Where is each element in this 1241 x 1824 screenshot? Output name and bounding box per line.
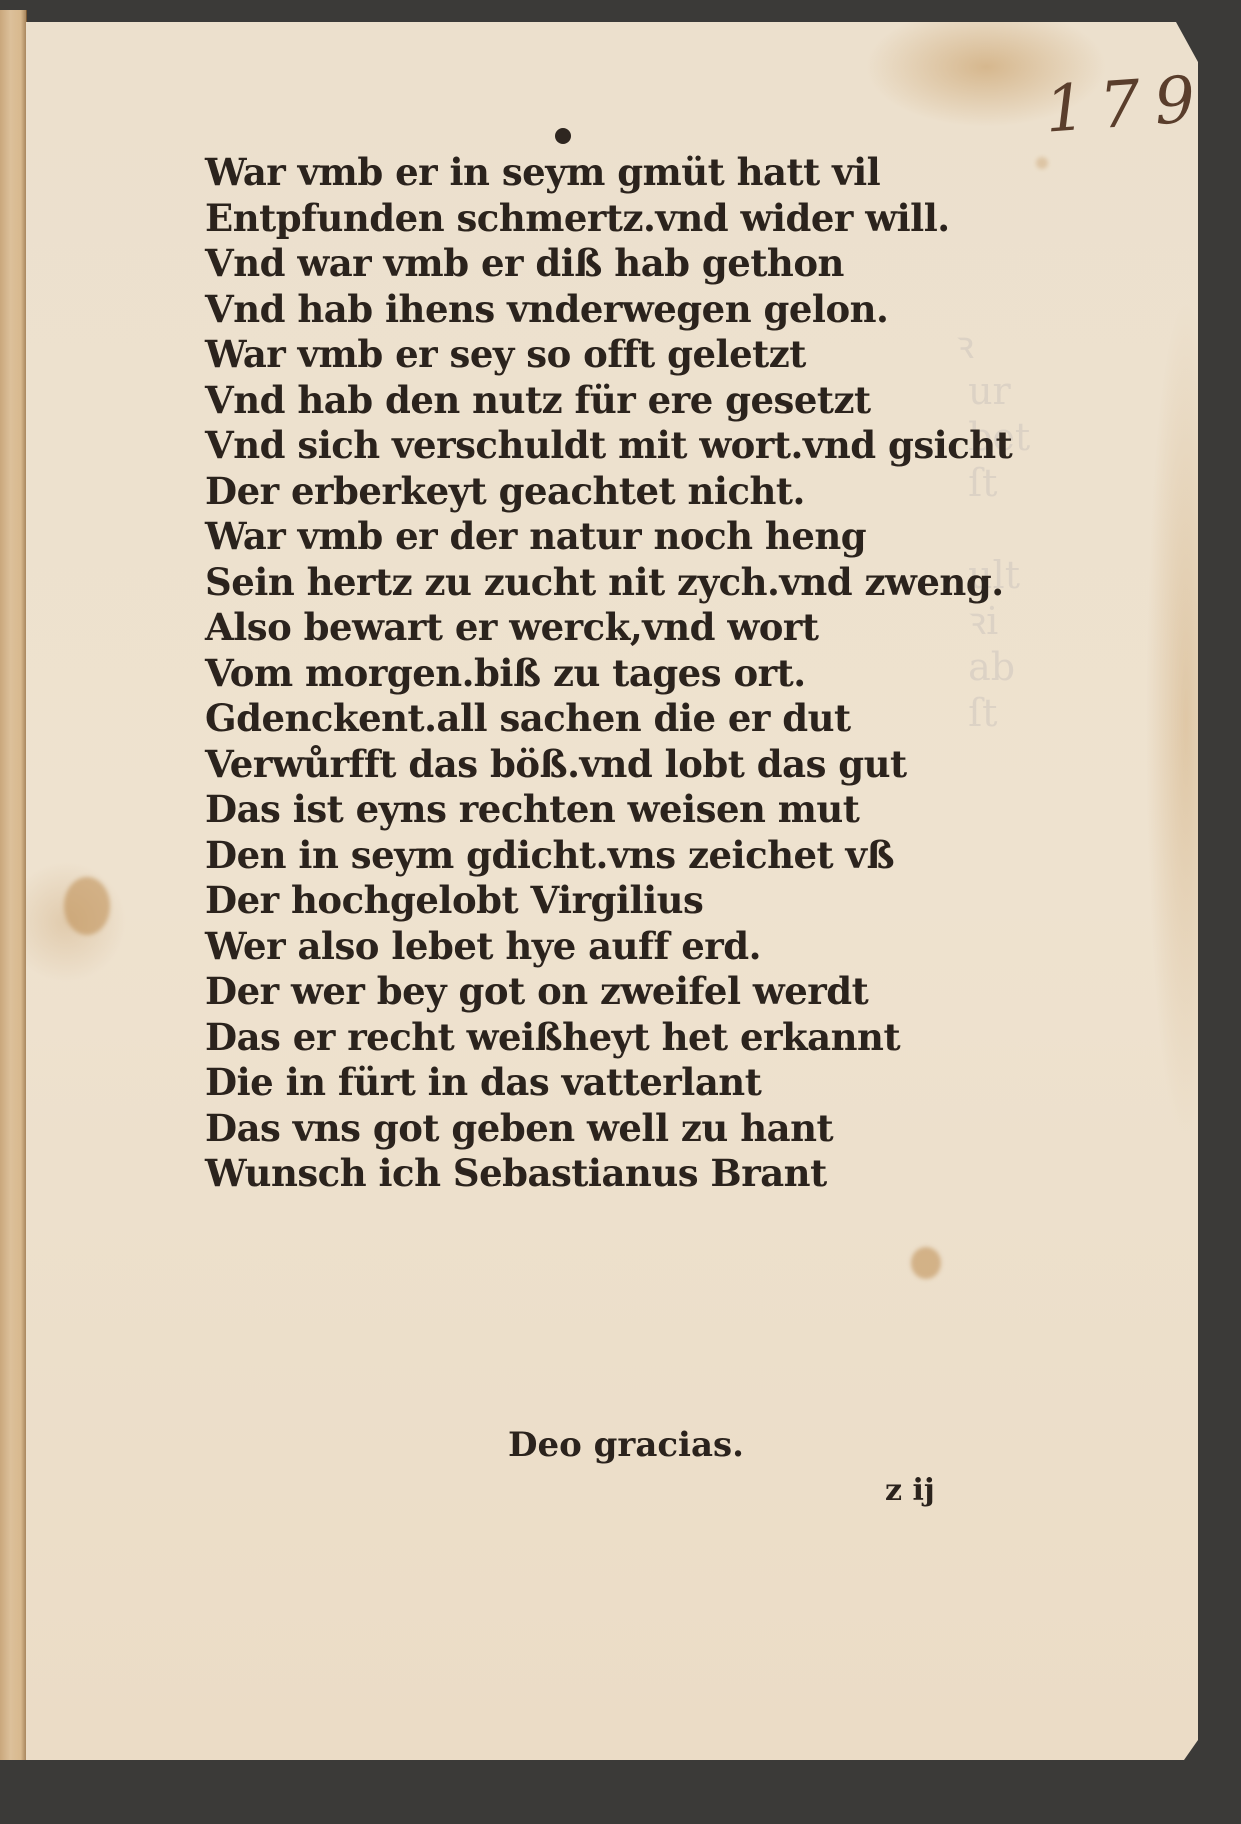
- verse-line: Also bewart er werck,vnd wort: [205, 605, 1012, 651]
- handwritten-folio-number: 179: [1043, 62, 1212, 147]
- ornament-dot: [555, 128, 571, 144]
- verse-line: War vmb er der natur noch heng: [205, 514, 1012, 560]
- verse-line: Vnd hab ihens vnderwegen gelon.: [205, 287, 1012, 333]
- verse-line: Wer also lebet hye auff erd.: [205, 924, 1012, 970]
- verse-text-block: War vmb er in seym gmüt hatt vil Entpfun…: [205, 150, 1012, 1197]
- verse-line: Vnd war vmb er diß hab gethon: [205, 241, 1012, 287]
- verse-line: Verwůrfft das böß.vnd lobt das gut: [205, 742, 1012, 788]
- verse-line: Der hochgelobt Virgilius: [205, 878, 1012, 924]
- verse-line: War vmb er sey so offt geletzt: [205, 332, 1012, 378]
- verse-line: Das ist eyns rechten weisen mut: [205, 787, 1012, 833]
- foxing-stain: [64, 877, 110, 935]
- verse-line: Vom morgen.biß zu tages ort.: [205, 651, 1012, 697]
- verse-line: Das er recht weißheyt het erkannt: [205, 1015, 1012, 1061]
- verse-line: Den in seym gdicht.vns zeichet vß: [205, 833, 1012, 879]
- scanned-page-view: ꝛ ur bet ſt ult ꝛi ab ſt 179 War vmb er …: [0, 0, 1241, 1824]
- foxing-stain: [1036, 157, 1048, 169]
- verse-line: Gdenckent.all sachen die er dut: [205, 696, 1012, 742]
- verse-line: Die in fürt in das vatterlant: [205, 1060, 1012, 1106]
- verse-line: Vnd sich verschuldt mit wort.vnd gsicht: [205, 423, 1012, 469]
- verse-line: Vnd hab den nutz für ere gesetzt: [205, 378, 1012, 424]
- verse-line: War vmb er in seym gmüt hatt vil: [205, 150, 1012, 196]
- verse-line: Der wer bey got on zweifel werdt: [205, 969, 1012, 1015]
- signature-mark: z ij: [885, 1473, 935, 1508]
- previous-page-edge: [0, 10, 27, 1760]
- verse-line: Der erberkeyt geachtet nicht.: [205, 469, 1012, 515]
- verse-line: Entpfunden schmertz.vnd wider will.: [205, 196, 1012, 242]
- closing-phrase: Deo gracias.: [508, 1425, 744, 1465]
- verse-line: Sein hertz zu zucht nit zych.vnd zweng.: [205, 560, 1012, 606]
- verse-line: Das vns got geben well zu hant: [205, 1106, 1012, 1152]
- verse-line: Wunsch ich Sebastianus Brant: [205, 1151, 1012, 1197]
- foxing-stain: [911, 1247, 941, 1279]
